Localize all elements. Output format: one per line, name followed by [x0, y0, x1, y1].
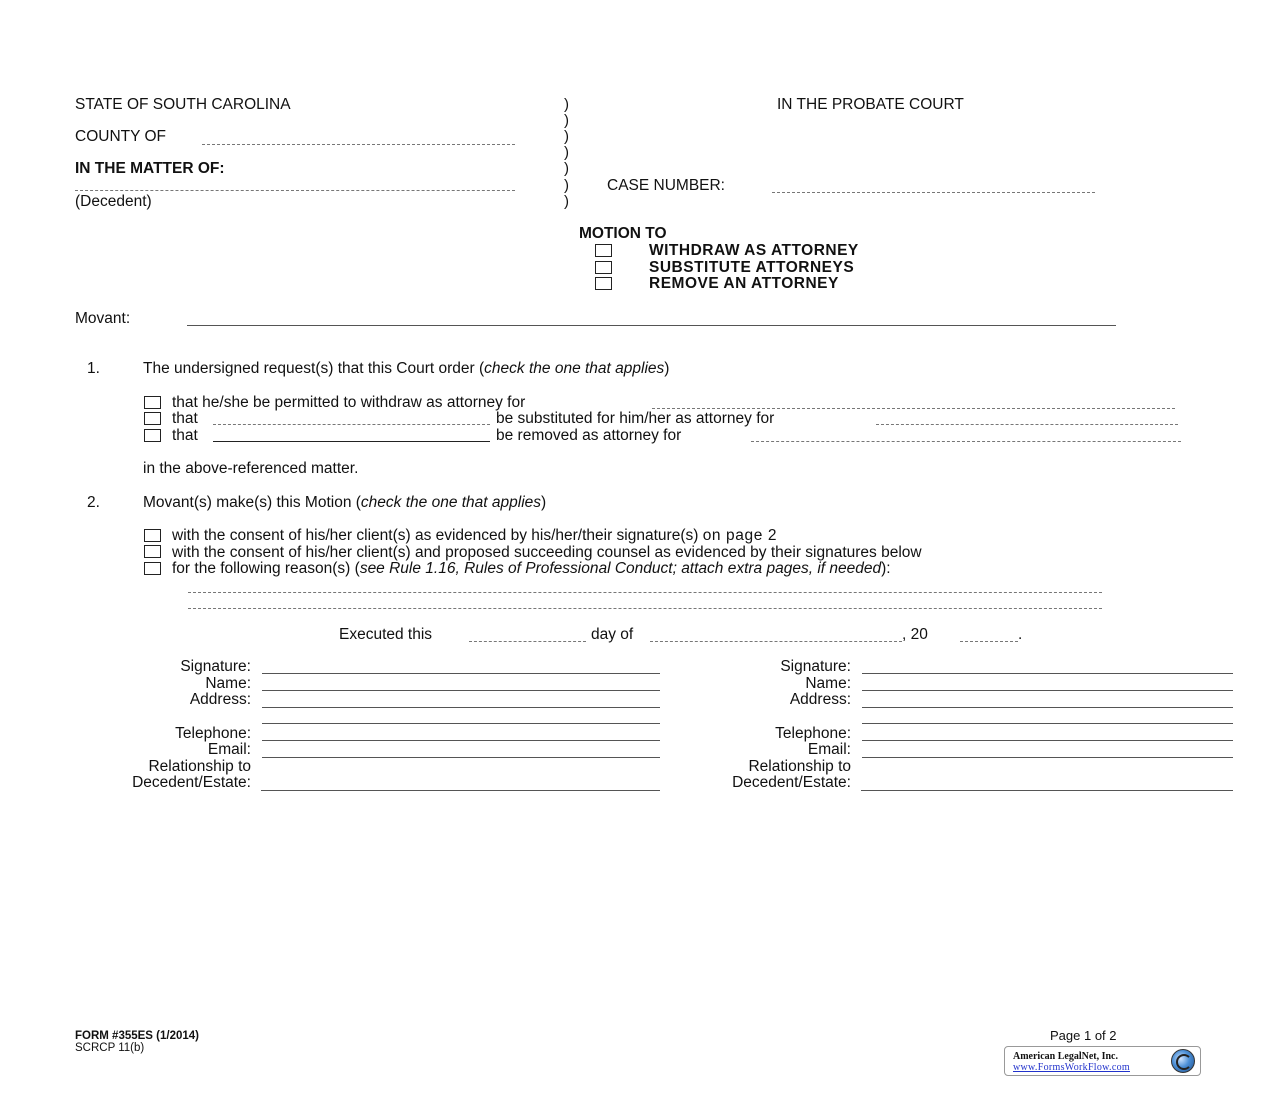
withdraw-client-field[interactable] — [652, 408, 1175, 409]
telephone-field[interactable] — [862, 740, 1233, 741]
form-number: FORM #355ES (1/2014) — [75, 1031, 199, 1043]
address-field[interactable] — [862, 707, 1233, 708]
name-label: Name: — [671, 676, 851, 692]
section-1-closing: in the above-referenced matter. — [143, 461, 358, 477]
signature-field[interactable] — [262, 673, 660, 674]
motion-option-substitute: SUBSTITUTE ATTORNEYS — [649, 260, 854, 276]
case-number-label: CASE NUMBER: — [607, 178, 725, 194]
address-label: Address: — [671, 692, 851, 708]
checkbox-withdraw[interactable] — [595, 244, 612, 257]
checkbox-other-reasons[interactable] — [144, 562, 161, 575]
telephone-field[interactable] — [262, 740, 660, 741]
signature-label: Signature: — [71, 659, 251, 675]
checkbox-permit-withdraw[interactable] — [144, 396, 161, 409]
address-field-2[interactable] — [862, 723, 1233, 724]
signature-field[interactable] — [862, 673, 1233, 674]
section-1-intro: The undersigned request(s) that this Cou… — [143, 361, 669, 377]
option-substitute-text: be substituted for him/her as attorney f… — [496, 411, 774, 427]
name-field[interactable] — [862, 690, 1233, 691]
motion-heading: MOTION TO — [579, 226, 667, 242]
relationship-label-2: Decedent/Estate: — [71, 775, 251, 791]
motion-option-remove: REMOVE AN ATTORNEY — [649, 276, 839, 292]
publisher-logo[interactable]: American LegalNet, Inc. www.FormsWorkFlo… — [1004, 1046, 1201, 1076]
state-heading: STATE OF SOUTH CAROLINA — [75, 97, 291, 113]
decedent-label: (Decedent) — [75, 194, 152, 210]
remove-client-field[interactable] — [751, 441, 1181, 442]
case-number-field[interactable] — [772, 192, 1095, 193]
executed-year-field[interactable] — [960, 641, 1018, 642]
checkbox-client-consent[interactable] — [144, 529, 161, 542]
email-label: Email: — [71, 742, 251, 758]
logo-url-link[interactable]: www.FormsWorkFlow.com — [1013, 1062, 1130, 1073]
relationship-label-1: Relationship to — [671, 759, 851, 775]
reason-line-1[interactable] — [188, 592, 1102, 593]
signature-label: Signature: — [671, 659, 851, 675]
county-label: COUNTY OF — [75, 129, 166, 145]
logo-company-name: American LegalNet, Inc. — [1013, 1051, 1118, 1062]
court-heading: IN THE PROBATE COURT — [777, 97, 964, 113]
globe-icon — [1171, 1049, 1195, 1073]
relationship-label-2: Decedent/Estate: — [671, 775, 851, 791]
executed-prefix: Executed this — [339, 627, 432, 643]
remove-attorney-field[interactable] — [213, 441, 490, 442]
matter-label: IN THE MATTER OF: — [75, 161, 225, 177]
option-remove-text: be removed as attorney for — [496, 428, 681, 444]
checkbox-remove[interactable] — [595, 277, 612, 290]
executed-day-field[interactable] — [469, 641, 586, 642]
address-field-2[interactable] — [262, 723, 660, 724]
executed-month-field[interactable] — [650, 641, 902, 642]
motion-option-withdraw: WITHDRAW AS ATTORNEY — [649, 243, 859, 259]
email-field[interactable] — [862, 757, 1233, 758]
checkbox-client-counsel-consent[interactable] — [144, 545, 161, 558]
reason-line-2[interactable] — [188, 608, 1102, 609]
relationship-field[interactable] — [861, 790, 1233, 791]
substitute-client-field[interactable] — [876, 424, 1178, 425]
page-number: Page 1 of 2 — [1050, 1029, 1117, 1042]
name-field[interactable] — [262, 690, 660, 691]
movant-label: Movant: — [75, 311, 130, 327]
executed-end: . — [1018, 627, 1022, 643]
section-1-number: 1. — [87, 361, 100, 377]
name-label: Name: — [71, 676, 251, 692]
option-substitute-that: that — [172, 411, 198, 427]
address-field[interactable] — [262, 707, 660, 708]
option-other-reasons-text: for the following reason(s) (see Rule 1.… — [172, 561, 891, 577]
substitute-attorney-field[interactable] — [213, 424, 490, 425]
relationship-field[interactable] — [261, 790, 660, 791]
executed-year-prefix: , 20 — [902, 627, 928, 643]
county-field[interactable] — [202, 144, 515, 145]
movant-field[interactable] — [187, 325, 1116, 326]
email-label: Email: — [671, 742, 851, 758]
option-remove-that: that — [172, 428, 198, 444]
option-permit-withdraw-text: that he/she be permitted to withdraw as … — [172, 395, 525, 411]
section-2-intro: Movant(s) make(s) this Motion (check the… — [143, 495, 546, 511]
telephone-label: Telephone: — [671, 726, 851, 742]
section-2-number: 2. — [87, 495, 100, 511]
email-field[interactable] — [262, 757, 660, 758]
address-label: Address: — [71, 692, 251, 708]
checkbox-remove-attorney[interactable] — [144, 429, 161, 442]
checkbox-substitute-attorney[interactable] — [144, 412, 161, 425]
option-client-consent-text: with the consent of his/her client(s) as… — [172, 528, 777, 544]
relationship-label-1: Relationship to — [71, 759, 251, 775]
checkbox-substitute[interactable] — [595, 261, 612, 274]
executed-day-label: day of — [591, 627, 633, 643]
telephone-label: Telephone: — [71, 726, 251, 742]
decedent-field[interactable] — [75, 190, 515, 191]
rule-reference: SCRCP 11(b) — [75, 1043, 144, 1055]
option-client-counsel-consent-text: with the consent of his/her client(s) an… — [172, 545, 922, 561]
